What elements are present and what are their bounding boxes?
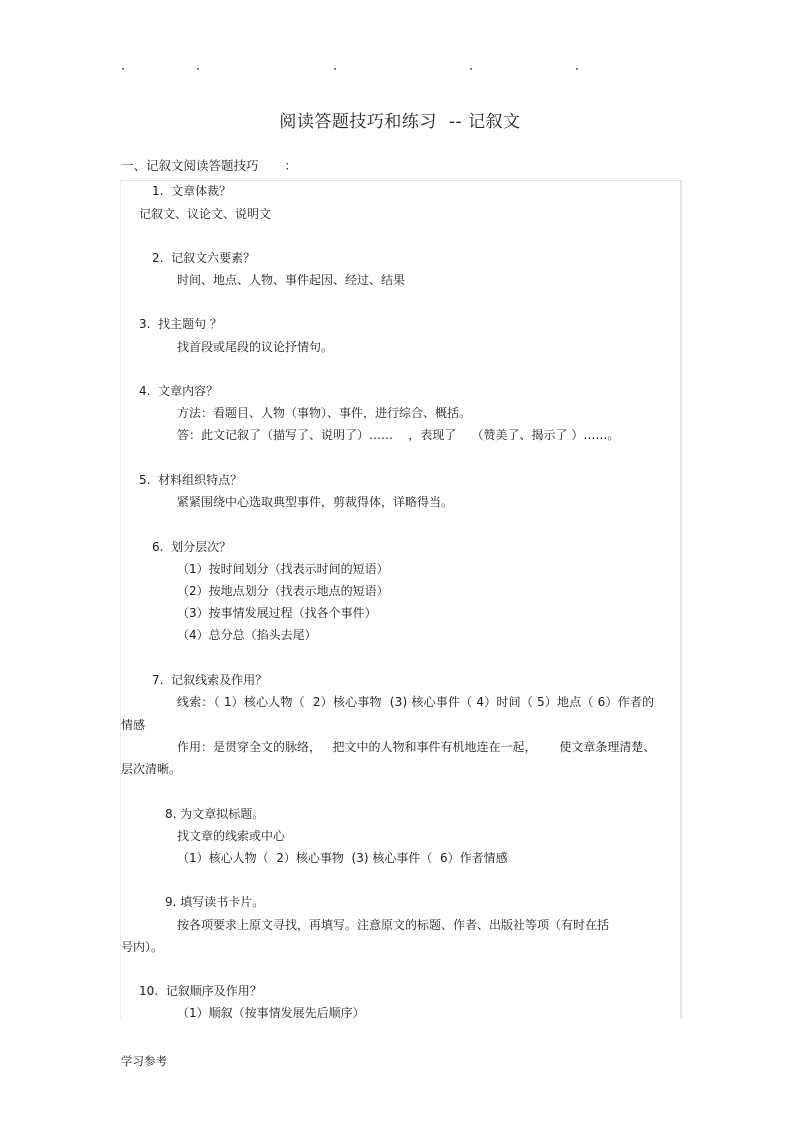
item-6-line-4: （4）总分总（掐头去尾） [177, 628, 317, 642]
item-7-function: 作用：是贯穿全文的脉络， 把文中的人物和事件有机地连在一起， 使文章条理清楚、 [177, 740, 655, 754]
section-heading: 一、记叙文阅读答题技巧： [121, 156, 297, 174]
item-2-answer: 时间、地点、人物、事件起因、经过、结果 [177, 273, 405, 287]
item-8-question: 8. 为文章拟标题。 [165, 807, 264, 821]
page-title: 阅读答题技巧和练习--记叙文 [0, 107, 800, 132]
item-1-answer: 记叙文、议论文、说明文 [139, 207, 271, 221]
item-2-question: 2. 记叙文六要素？ [152, 251, 255, 265]
item-6-line-3: （3）按事情发展过程（找各个事件） [177, 606, 377, 620]
header-dot [576, 68, 578, 70]
header-dot [470, 68, 472, 70]
title-sub: 记叙文 [468, 112, 521, 132]
item-6-line-2: （2）按地点划分（找表示地点的短语） [177, 584, 389, 598]
item-10-line-1: （1）顺叙（按事情发展先后顺序） [177, 1006, 365, 1020]
item-9-question: 9. 填写读书卡片。 [165, 895, 264, 909]
title-dash: -- [449, 112, 462, 132]
content-box [120, 180, 682, 1019]
item-4-method: 方法：看题目、人物（事物）、事件，进行综合、概括。 [177, 406, 471, 420]
item-9-line-2: 号内）。 [121, 940, 163, 954]
page-footer: 学习参考 [121, 1053, 167, 1069]
title-main: 阅读答题技巧和练习 [279, 112, 437, 132]
item-6-question: 6. 划分层次？ [152, 540, 231, 554]
item-5-answer: 紧紧围绕中心选取典型事件，剪裁得体，详略得当。 [177, 495, 453, 509]
header-dot [334, 68, 336, 70]
item-10-question: 10. 记叙顺序及作用？ [139, 984, 262, 998]
item-8-line-1: 找文章的线索或中心 [177, 829, 285, 843]
item-3-question: 3. 找主题句 ？ [139, 317, 222, 331]
item-7-clue-cont: 情感 [121, 718, 145, 732]
item-7-clue: 线索：（ 1）核心人物（ 2）核心事物 (3) 核心事件（ 4）时间（ 5）地点… [177, 695, 654, 709]
item-5-question: 5. 材料组织特点？ [139, 473, 242, 487]
item-7-function-cont: 层次清晰。 [121, 762, 181, 776]
item-1-question: 1. 文章体裁？ [152, 184, 231, 198]
item-7-question: 7. 记叙线索及作用？ [152, 673, 267, 687]
section-heading-text: 一、记叙文阅读答题技巧 [121, 158, 259, 173]
header-dot [197, 68, 199, 70]
item-9-line-1: 按各项要求上原文寻找，再填写。注意原文的标题、作者、出版社等项（有时在括 [177, 918, 609, 932]
item-8-line-2: （1）核心人物（ 2）核心事物 (3) 核心事件（ 6）作者情感 [177, 851, 508, 865]
item-4-answer: 答：此文记叙了（描写了、说明了）…… ，表现了 （赞美了、揭示了 ）……。 [177, 428, 619, 442]
item-3-answer: 找首段或尾段的议论抒情句。 [177, 340, 333, 354]
section-heading-colon: ： [285, 158, 298, 173]
header-dot [122, 68, 124, 70]
item-6-line-1: （1）按时间划分（找表示时间的短语） [177, 562, 389, 576]
item-4-question: 4. 文章内容？ [139, 384, 218, 398]
